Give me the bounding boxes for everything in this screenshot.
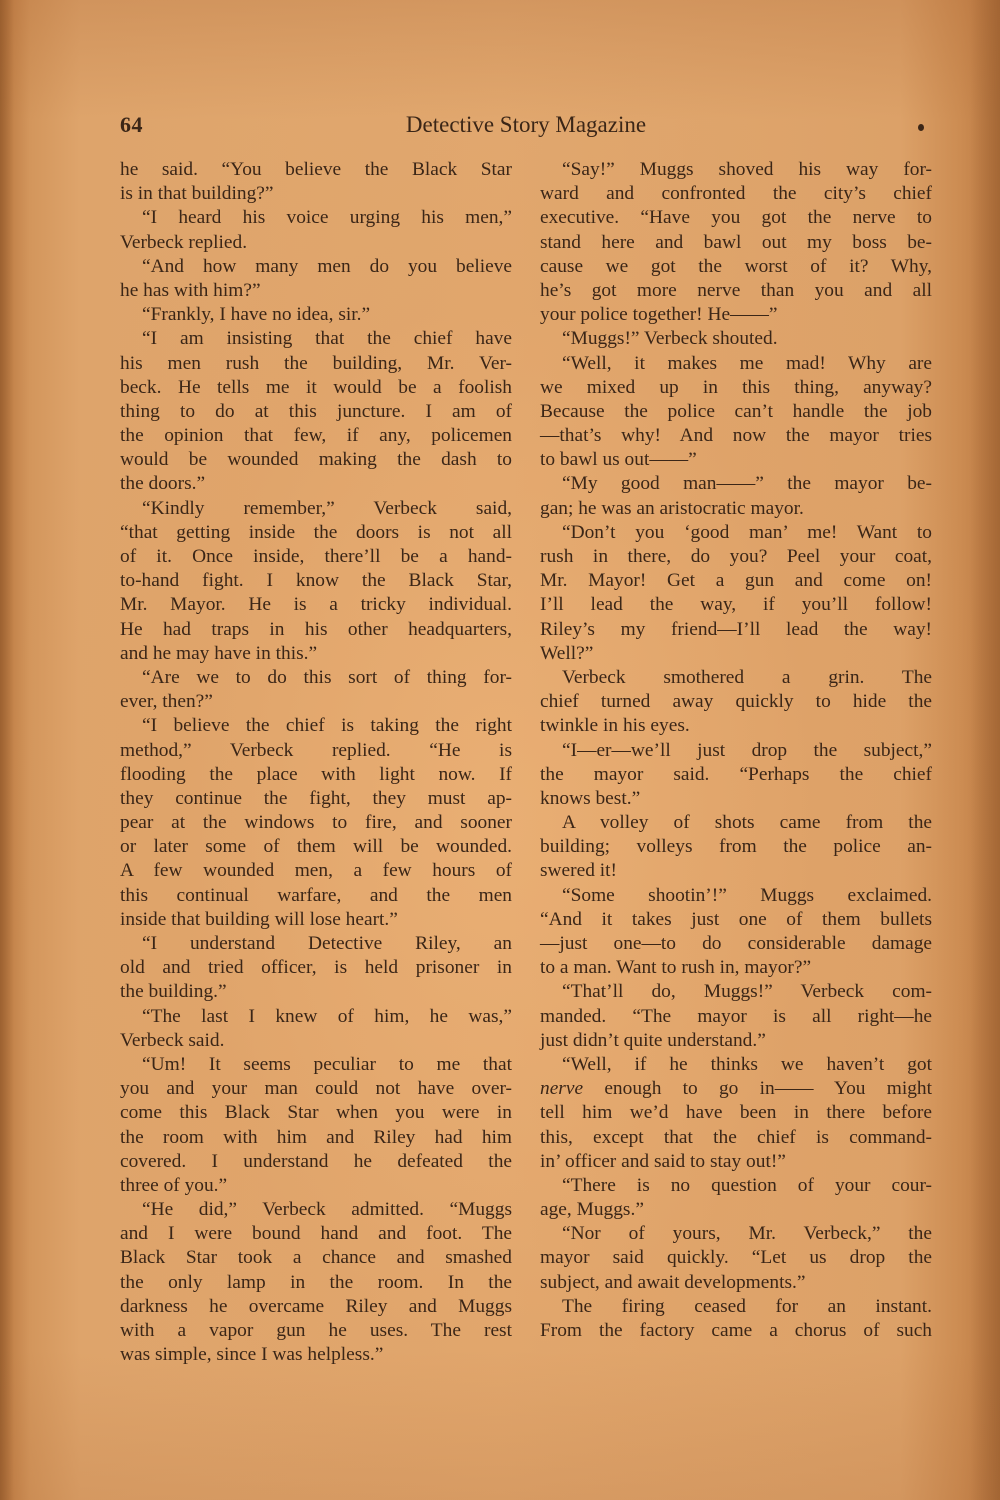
text-line: old and tried officer, is held prisoner … bbox=[120, 956, 512, 980]
paragraph: “The last I knew of him, he was,”Verbeck… bbox=[120, 1005, 512, 1053]
text-line: in’ officer and said to stay out!” bbox=[540, 1150, 932, 1174]
text-line: pear at the windows to fire, and sooner bbox=[120, 811, 512, 835]
text-line: you and your man could not have over- bbox=[120, 1077, 512, 1101]
text-line: thing to do at this juncture. I am of bbox=[120, 400, 512, 424]
text-line: “The last I knew of him, he was,” bbox=[120, 1005, 512, 1029]
text-line: darkness he overcame Riley and Muggs bbox=[120, 1295, 512, 1319]
text-line: is in that building?” bbox=[120, 182, 512, 206]
text-line: “Say!” Muggs shoved his way for- bbox=[540, 158, 932, 182]
text-line: inside that building will lose heart.” bbox=[120, 908, 512, 932]
text-line: Because the police can’t handle the job bbox=[540, 400, 932, 424]
text-line: “Nor of yours, Mr. Verbeck,” the bbox=[540, 1222, 932, 1246]
text-line: “Um! It seems peculiar to me that bbox=[120, 1053, 512, 1077]
text-line: to bawl us out——” bbox=[540, 448, 932, 472]
text-line: Black Star took a chance and smashed bbox=[120, 1246, 512, 1270]
paragraph: “I believe the chief is taking the right… bbox=[120, 714, 512, 932]
text-line: swered it! bbox=[540, 859, 932, 883]
paragraph: “My good man——” the mayor be-gan; he was… bbox=[540, 472, 932, 520]
text-line: A volley of shots came from the bbox=[540, 811, 932, 835]
text-line: “Well, if he thinks we haven’t got bbox=[540, 1053, 932, 1077]
text-line: flooding the place with light now. If bbox=[120, 763, 512, 787]
text-line: “I—er—we’ll just drop the subject,” bbox=[540, 739, 932, 763]
text-line: age, Muggs.” bbox=[540, 1198, 932, 1222]
text-line: he has with him?” bbox=[120, 279, 512, 303]
text-line: rush in there, do you? Peel your coat, bbox=[540, 545, 932, 569]
text-line: “Muggs!” Verbeck shouted. bbox=[540, 327, 932, 351]
text-line: he’s got more nerve than you and all bbox=[540, 279, 932, 303]
text-line: “And how many men do you believe bbox=[120, 255, 512, 279]
text-line: this, except that the chief is command- bbox=[540, 1126, 932, 1150]
paragraph: “Say!” Muggs shoved his way for-ward and… bbox=[540, 158, 932, 327]
text-line: —that’s why! And now the mayor tries bbox=[540, 424, 932, 448]
paragraph: Verbeck smothered a grin. Thechief turne… bbox=[540, 666, 932, 739]
ink-dot-mark bbox=[918, 124, 924, 131]
paragraph: “I—er—we’ll just drop the subject,”the m… bbox=[540, 739, 932, 812]
paragraph: The firing ceased for an instant.From th… bbox=[540, 1295, 932, 1343]
text-line: was simple, since I was helpless.” bbox=[120, 1343, 512, 1367]
paragraph: “He did,” Verbeck admitted. “Muggsand I … bbox=[120, 1198, 512, 1367]
text-line: Verbeck smothered a grin. The bbox=[540, 666, 932, 690]
text-line: would be wounded making the dash to bbox=[120, 448, 512, 472]
text-line: method,” Verbeck replied. “He is bbox=[120, 739, 512, 763]
page-header: 64 Detective Story Magazine bbox=[120, 108, 932, 144]
text-line: and he may have in this.” bbox=[120, 642, 512, 666]
text-line: building; volleys from the police an- bbox=[540, 835, 932, 859]
text-line: “I am insisting that the chief have bbox=[120, 327, 512, 351]
text-line: “Are we to do this sort of thing for- bbox=[120, 666, 512, 690]
paragraph: A volley of shots came from thebuilding;… bbox=[540, 811, 932, 884]
text-line: the mayor said. “Perhaps the chief bbox=[540, 763, 932, 787]
paragraph: “And how many men do you believehe has w… bbox=[120, 255, 512, 303]
text-line: “That’ll do, Muggs!” Verbeck com- bbox=[540, 980, 932, 1004]
text-line: or later some of them will be wounded. bbox=[120, 835, 512, 859]
text-line: to a man. Want to rush in, mayor?” bbox=[540, 956, 932, 980]
text-line: “There is no question of your cour- bbox=[540, 1174, 932, 1198]
text-line: Verbeck said. bbox=[120, 1029, 512, 1053]
paragraph: “I understand Detective Riley, anold and… bbox=[120, 932, 512, 1005]
text-line: cause we got the worst of it? Why, bbox=[540, 255, 932, 279]
page-edge-shadow-right bbox=[970, 0, 1000, 1500]
paragraph: “There is no question of your cour-age, … bbox=[540, 1174, 932, 1222]
text-line: come this Black Star when you were in bbox=[120, 1101, 512, 1125]
paragraph: he said. “You believe the Black Staris i… bbox=[120, 158, 512, 206]
text-line: Verbeck replied. bbox=[120, 231, 512, 255]
paragraph: “I am insisting that the chief havehis m… bbox=[120, 327, 512, 496]
text-line: subject, and await developments.” bbox=[540, 1271, 932, 1295]
text-line: “Kindly remember,” Verbeck said, bbox=[120, 497, 512, 521]
text-line: Mr. Mayor! Get a gun and come on! bbox=[540, 569, 932, 593]
text-line: the only lamp in the room. In the bbox=[120, 1271, 512, 1295]
text-column-right: “Say!” Muggs shoved his way for-ward and… bbox=[540, 158, 932, 1343]
running-title: Detective Story Magazine bbox=[120, 112, 932, 138]
text-line: three of you.” bbox=[120, 1174, 512, 1198]
text-line: “And it takes just one of them bullets bbox=[540, 908, 932, 932]
text-line: beck. He tells me it would be a foolish bbox=[120, 376, 512, 400]
text-line: stand here and bawl out my boss be- bbox=[540, 231, 932, 255]
text-column-left: he said. “You believe the Black Staris i… bbox=[120, 158, 512, 1367]
page-binding-shadow-left bbox=[0, 0, 14, 1500]
text-line: “He did,” Verbeck admitted. “Muggs bbox=[120, 1198, 512, 1222]
text-line: “I understand Detective Riley, an bbox=[120, 932, 512, 956]
text-line: “My good man——” the mayor be- bbox=[540, 472, 932, 496]
text-line: “Don’t you ‘good man’ me! Want to bbox=[540, 521, 932, 545]
text-line: Well?” bbox=[540, 642, 932, 666]
text-line: covered. I understand he defeated the bbox=[120, 1150, 512, 1174]
text-line: I’ll lead the way, if you’ll follow! bbox=[540, 593, 932, 617]
text-line: your police together! He——” bbox=[540, 303, 932, 327]
magazine-page: 64 Detective Story Magazine he said. “Yo… bbox=[0, 0, 1000, 1500]
text-line: the building.” bbox=[120, 980, 512, 1004]
text-line: manded. “The mayor is all right—he bbox=[540, 1005, 932, 1029]
text-line: knows best.” bbox=[540, 787, 932, 811]
text-line: to-hand fight. I know the Black Star, bbox=[120, 569, 512, 593]
text-line: nerve enough to go in—— You might bbox=[540, 1077, 932, 1101]
text-line: and I were bound hand and foot. The bbox=[120, 1222, 512, 1246]
paragraph: “Well, if he thinks we haven’t gotnerve … bbox=[540, 1053, 932, 1174]
text-line: twinkle in his eyes. bbox=[540, 714, 932, 738]
text-line: the doors.” bbox=[120, 472, 512, 496]
text-line: “I heard his voice urging his men,” bbox=[120, 206, 512, 230]
paragraph: “Um! It seems peculiar to me thatyou and… bbox=[120, 1053, 512, 1198]
text-line: the opinion that few, if any, policemen bbox=[120, 424, 512, 448]
text-line: “I believe the chief is taking the right bbox=[120, 714, 512, 738]
text-line: tell him we’d have been in there before bbox=[540, 1101, 932, 1125]
text-line: “that getting inside the doors is not al… bbox=[120, 521, 512, 545]
text-line: —just one—to do considerable damage bbox=[540, 932, 932, 956]
paragraph: “Well, it makes me mad! Why arewe mixed … bbox=[540, 352, 932, 473]
text-line: the room with him and Riley had him bbox=[120, 1126, 512, 1150]
text-line: this continual warfare, and the men bbox=[120, 884, 512, 908]
text-line: “Well, it makes me mad! Why are bbox=[540, 352, 932, 376]
text-line: ward and confronted the city’s chief bbox=[540, 182, 932, 206]
paragraph: “Don’t you ‘good man’ me! Want torush in… bbox=[540, 521, 932, 666]
text-line: mayor said quickly. “Let us drop the bbox=[540, 1246, 932, 1270]
text-line: executive. “Have you got the nerve to bbox=[540, 206, 932, 230]
text-line: ever, then?” bbox=[120, 690, 512, 714]
text-line: Riley’s my friend—I’ll lead the way! bbox=[540, 618, 932, 642]
paragraph: “Are we to do this sort of thing for-eve… bbox=[120, 666, 512, 714]
text-line: they continue the fight, they must ap- bbox=[120, 787, 512, 811]
text-line: with a vapor gun he uses. The rest bbox=[120, 1319, 512, 1343]
text-line: his men rush the building, Mr. Ver- bbox=[120, 352, 512, 376]
text-line: From the factory came a chorus of such bbox=[540, 1319, 932, 1343]
text-line: chief turned away quickly to hide the bbox=[540, 690, 932, 714]
text-line: He had traps in his other headquarters, bbox=[120, 618, 512, 642]
paragraph: “I heard his voice urging his men,”Verbe… bbox=[120, 206, 512, 254]
text-line: The firing ceased for an instant. bbox=[540, 1295, 932, 1319]
text-line: “Frankly, I have no idea, sir.” bbox=[120, 303, 512, 327]
paragraph: “Muggs!” Verbeck shouted. bbox=[540, 327, 932, 351]
text-line: gan; he was an aristocratic mayor. bbox=[540, 497, 932, 521]
text-line: we mixed up in this thing, anyway? bbox=[540, 376, 932, 400]
text-line: Mr. Mayor. He is a tricky individual. bbox=[120, 593, 512, 617]
text-line: just didn’t quite understand.” bbox=[540, 1029, 932, 1053]
text-line: of it. Once inside, there’ll be a hand- bbox=[120, 545, 512, 569]
paragraph: “Some shootin’!” Muggs exclaimed.“And it… bbox=[540, 884, 932, 981]
text-line: A few wounded men, a few hours of bbox=[120, 859, 512, 883]
text-line: he said. “You believe the Black Star bbox=[120, 158, 512, 182]
paragraph: “That’ll do, Muggs!” Verbeck com-manded.… bbox=[540, 980, 932, 1053]
paragraph: “Nor of yours, Mr. Verbeck,” themayor sa… bbox=[540, 1222, 932, 1295]
paragraph: “Frankly, I have no idea, sir.” bbox=[120, 303, 512, 327]
paragraph: “Kindly remember,” Verbeck said,“that ge… bbox=[120, 497, 512, 666]
text-line: “Some shootin’!” Muggs exclaimed. bbox=[540, 884, 932, 908]
